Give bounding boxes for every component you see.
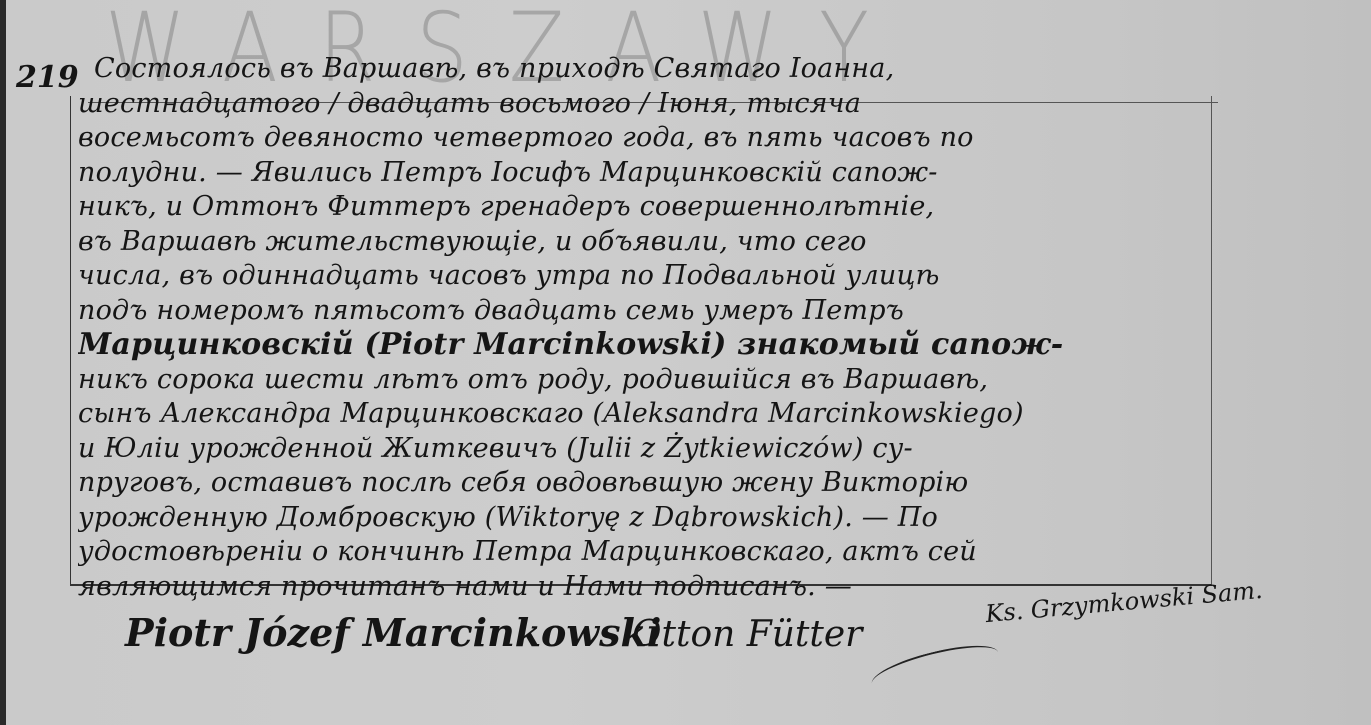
record-text: Состоялось въ Варшавѣ, въ приходѣ Святаг… (78, 52, 1228, 604)
signatures: Piotr Józef Marcinkowski Otton Fütter Ks… (0, 590, 1371, 710)
record-number: 219 (16, 60, 79, 95)
signature-witness: Otton Fütter (632, 614, 862, 655)
text-line: никъ сорока шести лѣтъ отъ роду, родивші… (78, 363, 1228, 398)
text-line: и Юліи урожденной Житкевичъ (Julii z Żyt… (78, 432, 1228, 467)
text-line: сынъ Александра Марцинковскаго (Aleksand… (78, 397, 1228, 432)
text-line: никъ, и Оттонъ Фиттеръ гренадеръ соверше… (78, 190, 1228, 225)
text-line: пруговъ, оставивъ послѣ себя овдовѣвшую … (78, 466, 1228, 501)
signature-flourish (868, 637, 1002, 699)
signature-declarant: Piotr Józef Marcinkowski (125, 610, 661, 655)
text-line: подъ номеромъ пятьсотъ двадцать семь уме… (78, 294, 1228, 329)
text-line: удостовѣреніи о кончинѣ Петра Марцинковс… (78, 535, 1228, 570)
text-line: восемьсотъ девяносто четвертого года, въ… (78, 121, 1228, 156)
text-line: въ Варшавѣ жительствующіе, и объявили, ч… (78, 225, 1228, 260)
text-line: шестнадцатого / двадцать восьмого / Іюня… (78, 87, 1228, 122)
text-line: урожденную Домбровскую (Wiktoryę z Dąbro… (78, 501, 1228, 536)
text-line: числа, въ одиннадцать часовъ утра по Под… (78, 259, 1228, 294)
text-line: полудни. — Явились Петръ Іосифъ Марцинко… (78, 156, 1228, 191)
text-line: Марцинковскій (Piotr Marcinkowski) знако… (78, 328, 1228, 363)
text-line: Состоялось въ Варшавѣ, въ приходѣ Святаг… (78, 52, 1228, 87)
